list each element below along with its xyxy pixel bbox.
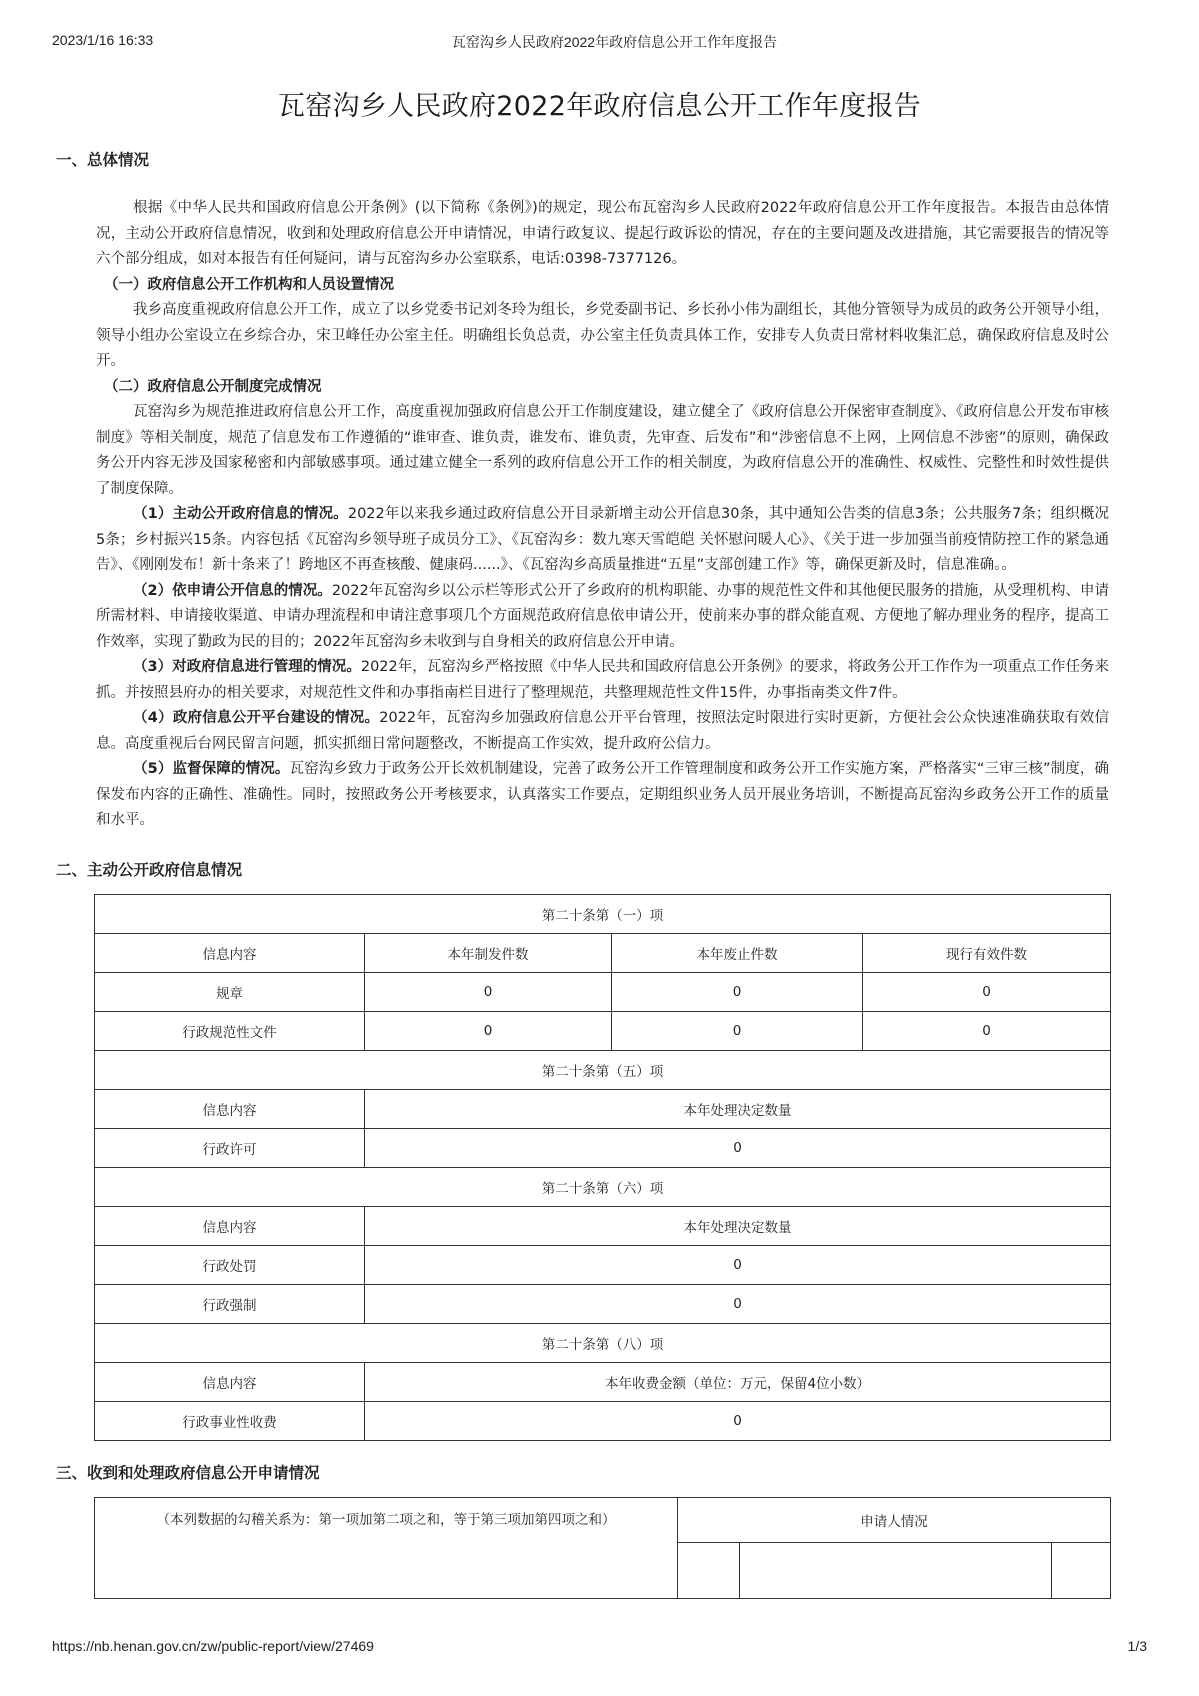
cell-value: 0	[365, 1401, 1111, 1440]
item-1: （1）主动公开政府信息的情况。2022年以来我乡通过政府信息公开目录新增主动公开…	[0, 502, 1199, 579]
block1-header-issued: 本年制发件数	[365, 933, 612, 972]
print-header: 2023/1/16 16:33 瓦窑沟乡人民政府2022年政府信息公开工作年度报…	[0, 32, 1199, 52]
table-row: 行政强制 0	[95, 1284, 1111, 1323]
table-row: 行政事业性收费 0	[95, 1401, 1111, 1440]
cell-value: 0	[365, 1284, 1111, 1323]
subsection-2-heading: （二）政府信息公开制度完成情况	[0, 375, 1199, 401]
row-label: 行政强制	[95, 1284, 365, 1323]
row-label: 行政许可	[95, 1128, 365, 1167]
block4-header-content: 信息内容	[95, 1362, 365, 1401]
cell-value: 0	[863, 1011, 1111, 1050]
cell-value: 0	[365, 972, 612, 1011]
block3-header-count: 本年处理决定数量	[365, 1206, 1111, 1245]
item-2-label: （2）依申请公开信息的情况。	[133, 583, 332, 599]
print-header-title: 瓦窑沟乡人民政府2022年政府信息公开工作年度报告	[0, 32, 1199, 52]
item-4-label: （4）政府信息公开平台建设的情况。	[133, 710, 379, 726]
table-row: 规章 0 0 0	[95, 972, 1111, 1011]
applicant-subcol-2	[740, 1542, 1052, 1598]
subsection-1-text: 我乡高度重视政府信息公开工作，成立了以乡党委书记刘冬玲为组长，乡党委副书记、乡长…	[0, 298, 1199, 375]
document-body: 一、总体情况 根据《中华人民共和国政府信息公开条例》(以下简称《条例》)的规定，…	[0, 148, 1199, 1599]
block2-header-content: 信息内容	[95, 1089, 365, 1128]
reconciliation-note: （本列数据的勾稽关系为：第一项加第二项之和，等于第三项加第四项之和）	[95, 1497, 678, 1598]
section-2-heading: 二、主动公开政府信息情况	[0, 858, 1199, 880]
item-5-label: （5）监督保障的情况。	[133, 761, 289, 777]
row-label: 规章	[95, 972, 365, 1011]
item-3: （3）对政府信息进行管理的情况。2022年，瓦窑沟乡严格按照《中华人民共和国政府…	[0, 655, 1199, 706]
proactive-disclosure-table: 第二十条第（一）项 信息内容 本年制发件数 本年废止件数 现行有效件数 规章 0…	[94, 894, 1111, 1441]
block2-title: 第二十条第（五）项	[95, 1050, 1111, 1089]
block1-title: 第二十条第（一）项	[95, 894, 1111, 933]
application-table: （本列数据的勾稽关系为：第一项加第二项之和，等于第三项加第四项之和） 申请人情况	[94, 1497, 1111, 1599]
table-row: 行政处罚 0	[95, 1245, 1111, 1284]
applicant-subcol-3	[1052, 1542, 1111, 1598]
cell-value: 0	[612, 1011, 863, 1050]
cell-value: 0	[863, 972, 1111, 1011]
print-footer: https://nb.henan.gov.cn/zw/public-report…	[0, 1638, 1199, 1658]
cell-value: 0	[365, 1011, 612, 1050]
cell-value: 0	[365, 1128, 1111, 1167]
block1-header-content: 信息内容	[95, 933, 365, 972]
section-1-intro: 根据《中华人民共和国政府信息公开条例》(以下简称《条例》)的规定，现公布瓦窑沟乡…	[0, 196, 1199, 273]
item-3-label: （3）对政府信息进行管理的情况。	[133, 659, 361, 675]
row-label: 行政事业性收费	[95, 1401, 365, 1440]
row-label: 行政规范性文件	[95, 1011, 365, 1050]
block2-header-count: 本年处理决定数量	[365, 1089, 1111, 1128]
subsection-2-text: 瓦窑沟乡为规范推进政府信息公开工作，高度重视加强政府信息公开工作制度建设，建立健…	[0, 400, 1199, 502]
item-4: （4）政府信息公开平台建设的情况。2022年，瓦窑沟乡加强政府信息公开平台管理，…	[0, 706, 1199, 757]
item-5: （5）监督保障的情况。瓦窑沟乡致力于政务公开长效机制建设，完善了政务公开工作管理…	[0, 757, 1199, 834]
block3-header-content: 信息内容	[95, 1206, 365, 1245]
section-1-heading: 一、总体情况	[0, 148, 1199, 170]
table-row: 行政许可 0	[95, 1128, 1111, 1167]
cell-value: 0	[612, 972, 863, 1011]
item-2: （2）依申请公开信息的情况。2022年瓦窑沟乡以公示栏等形式公开了乡政府的机构职…	[0, 579, 1199, 656]
cell-value: 0	[365, 1245, 1111, 1284]
page-url: https://nb.henan.gov.cn/zw/public-report…	[52, 1638, 374, 1654]
page-title: 瓦窑沟乡人民政府2022年政府信息公开工作年度报告	[0, 84, 1199, 123]
block1-header-abolished: 本年废止件数	[612, 933, 863, 972]
section-3-heading: 三、收到和处理政府信息公开申请情况	[0, 1461, 1199, 1483]
item-1-label: （1）主动公开政府信息的情况。	[133, 506, 348, 522]
block4-title: 第二十条第（八）项	[95, 1323, 1111, 1362]
row-label: 行政处罚	[95, 1245, 365, 1284]
block4-header-amount: 本年收费金额（单位：万元，保留4位小数）	[365, 1362, 1111, 1401]
applicant-subcol-1	[678, 1542, 740, 1598]
table-row: 行政规范性文件 0 0 0	[95, 1011, 1111, 1050]
block1-header-valid: 现行有效件数	[863, 933, 1111, 972]
block3-title: 第二十条第（六）项	[95, 1167, 1111, 1206]
applicant-header: 申请人情况	[678, 1497, 1111, 1542]
page-number: 1/3	[1128, 1638, 1147, 1654]
subsection-1-heading: （一）政府信息公开工作机构和人员设置情况	[0, 273, 1199, 299]
